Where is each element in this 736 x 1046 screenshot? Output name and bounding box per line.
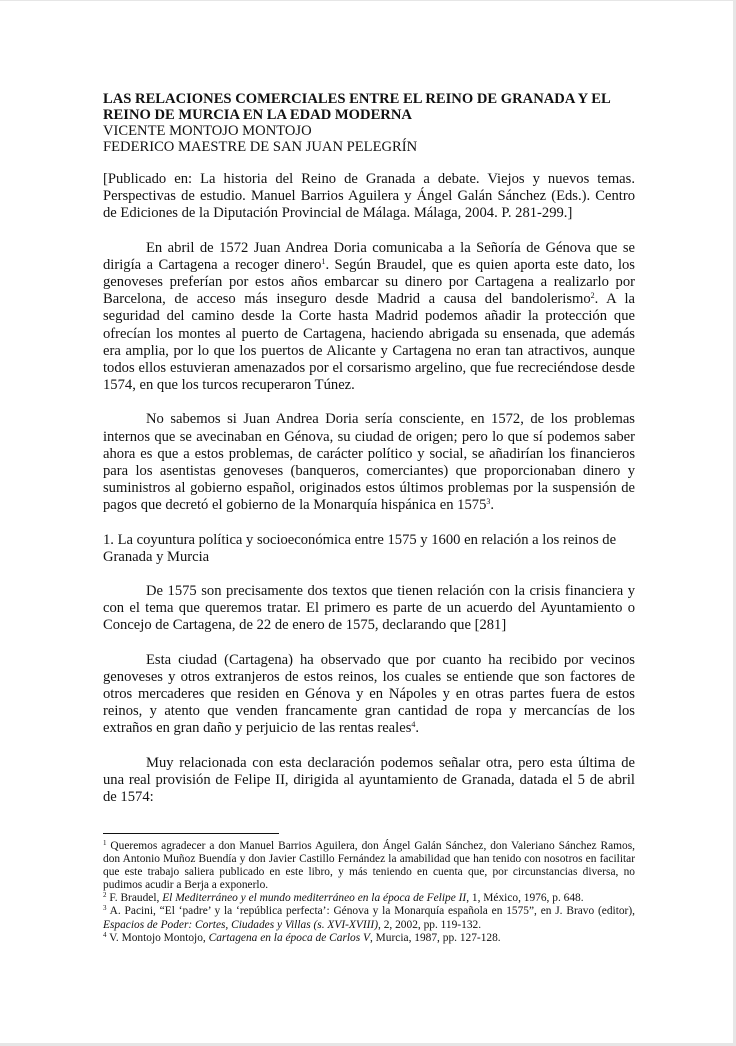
footnotes: 1 Queremos agradecer a don Manuel Barrio… [103, 840, 635, 945]
document-page: LAS RELACIONES COMERCIALES ENTRE EL REIN… [0, 1, 733, 1043]
page-body: LAS RELACIONES COMERCIALES ENTRE EL REIN… [103, 91, 635, 806]
document-title: LAS RELACIONES COMERCIALES ENTRE EL REIN… [103, 91, 635, 123]
author-1: VICENTE MONTOJO MONTOJO [103, 123, 635, 139]
footnote-1: 1 Queremos agradecer a don Manuel Barrio… [103, 840, 635, 892]
footnote-3: 3 A. Pacini, “El ‘padre’ y la ‘república… [103, 905, 635, 931]
title-line-2: REINO DE MURCIA EN LA EDAD MODERNA [103, 107, 412, 123]
paragraph-2: No sabemos si Juan Andrea Doria sería co… [103, 411, 635, 514]
paragraph-5: Muy relacionada con esta declaración pod… [103, 755, 635, 807]
quote-paragraph: Esta ciudad (Cartagena) ha observado que… [103, 652, 635, 738]
author-2: FEDERICO MAESTRE DE SAN JUAN PELEGRÍN [103, 139, 635, 155]
publication-info: [Publicado en: La historia del Reino de … [103, 171, 635, 223]
section-heading: 1. La coyuntura política y socioeconómic… [103, 532, 635, 566]
title-line-1: LAS RELACIONES COMERCIALES ENTRE EL REIN… [103, 91, 611, 107]
footnote-2: 2 F. Braudel, El Mediterráneo y el mundo… [103, 892, 635, 905]
footnote-divider [103, 833, 279, 834]
paragraph-1: En abril de 1572 Juan Andrea Doria comun… [103, 240, 635, 395]
footnote-4: 4 V. Montojo Montojo, Cartagena en la ép… [103, 932, 635, 945]
paragraph-3: De 1575 son precisamente dos textos que … [103, 583, 635, 635]
